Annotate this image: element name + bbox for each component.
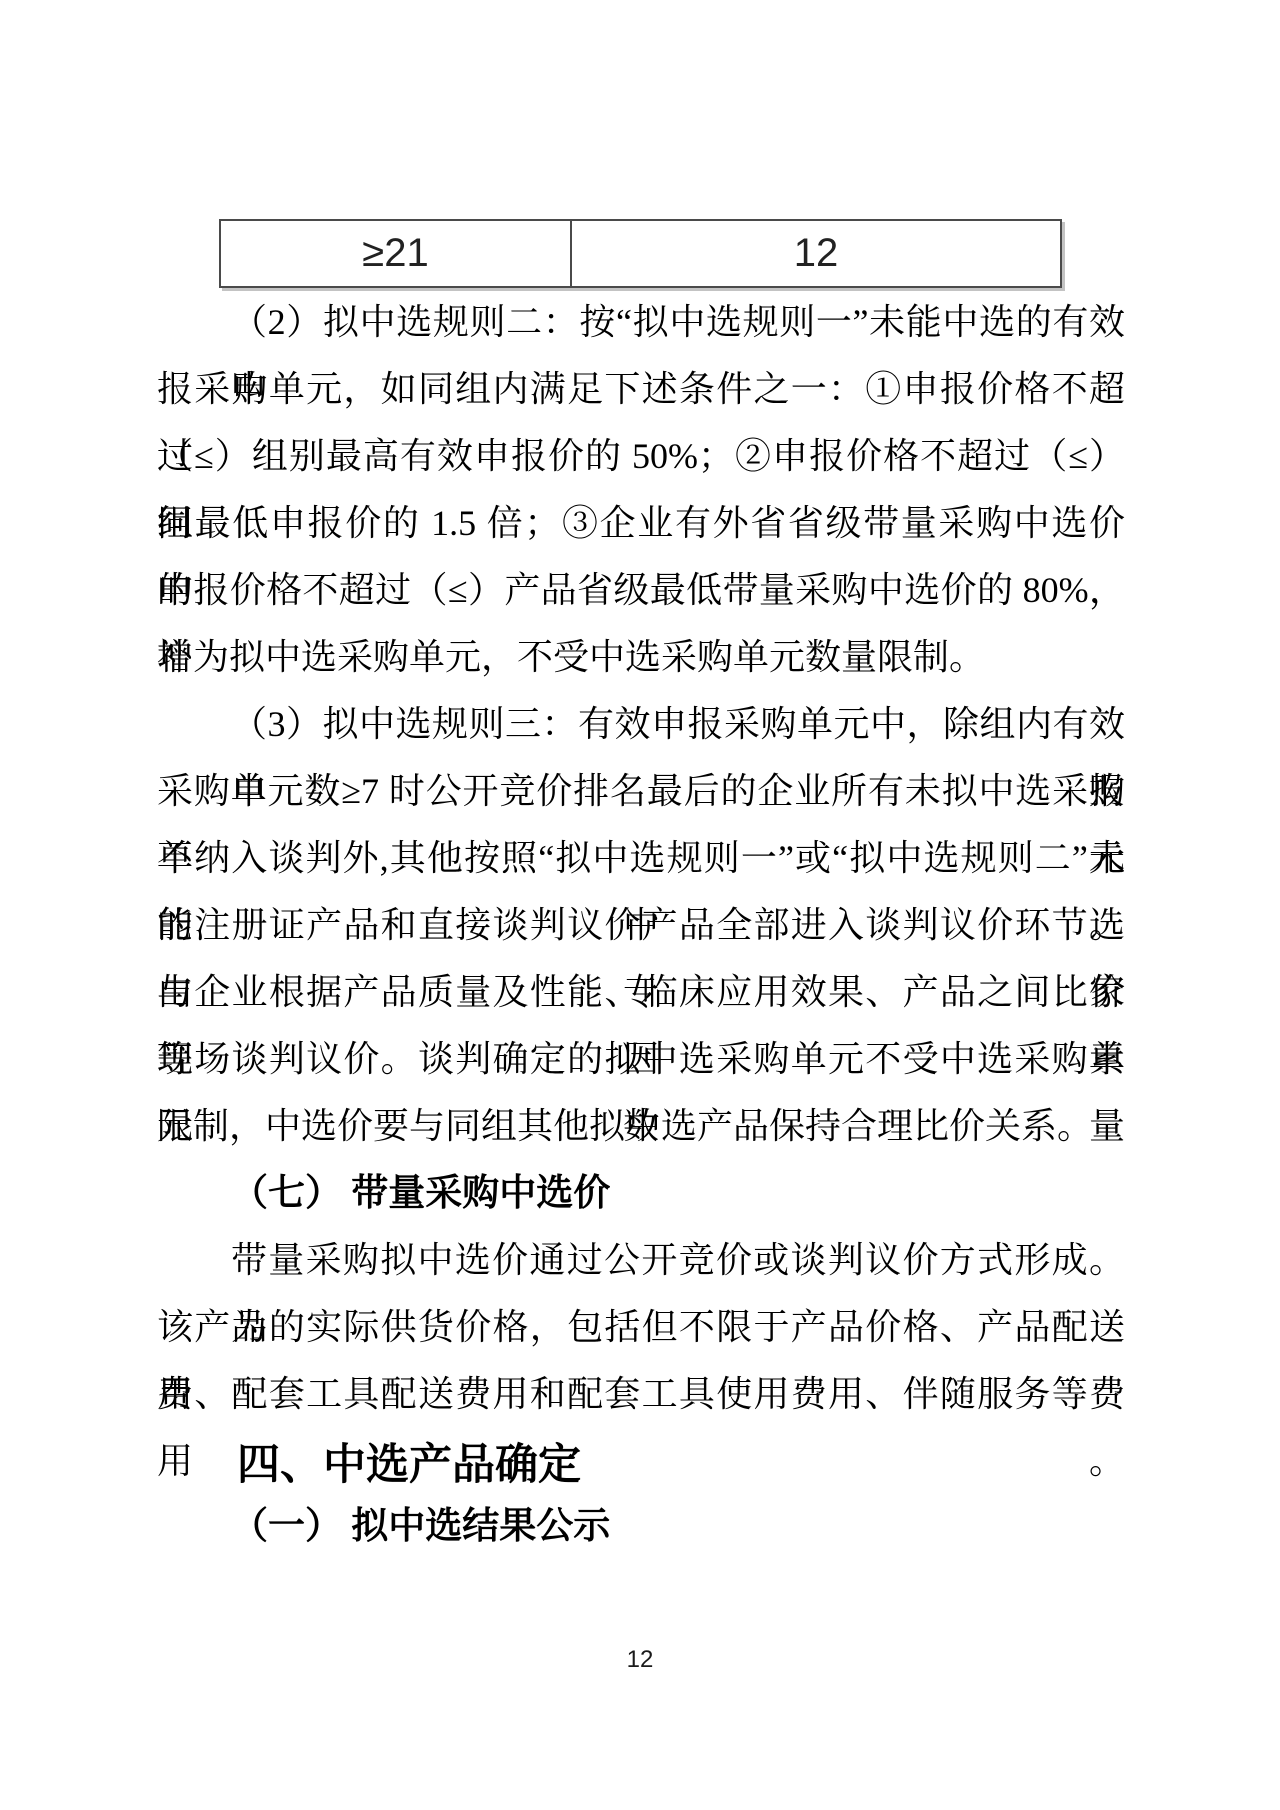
text-line: （3）拟中选规则三：有效申报采购单元中，除组内有效申报 [157, 691, 1125, 758]
paragraph-rule3: （3）拟中选规则三：有效申报采购单元中，除组内有效申报 采购单元数≥7 时公开竞… [157, 691, 1125, 1160]
text-line: （≤）组别最高有效申报价的 50%；②申报价格不超过（≤）同 [157, 423, 1125, 490]
heading-section-seven: （七） 带量采购中选价 [157, 1160, 1125, 1227]
text-line: 报采购单元，如同组内满足下述条件之一：①申报价格不超过 [157, 356, 1125, 423]
text-line: 申报价格不超过（≤）产品省级最低带量采购中选价的 80%，增 [157, 557, 1125, 624]
heading-chapter-four: 四、中选产品确定 [157, 1434, 1125, 1496]
text-line: （2）拟中选规则二：按“拟中选规则一”未能中选的有效申 [157, 289, 1125, 356]
table-cell-max-winners: 12 [572, 221, 1060, 286]
table-cell-group-size: ≥21 [221, 221, 572, 286]
document-page: ≥21 12 （2）拟中选规则二：按“拟中选规则一”未能中选的有效申 报采购单元… [0, 0, 1280, 1810]
text-line: 现场谈判议价。谈判确定的拟中选采购单元不受中选采购单元数量 [157, 1026, 1125, 1093]
text-line: 用、配套工具配送费用和配套工具使用费用、伴随服务等费用。 [157, 1361, 1125, 1428]
paragraph-rule2: （2）拟中选规则二：按“拟中选规则一”未能中选的有效申 报采购单元，如同组内满足… [157, 289, 1125, 691]
text-line: 补为拟中选采购单元，不受中选采购单元数量限制。 [157, 624, 1125, 691]
text-line: 采购单元数≥7 时公开竞价排名最后的企业所有未拟中选采购单元 [157, 758, 1125, 825]
paragraph-price: 带量采购拟中选价通过公开竞价或谈判议价方式形成。为 该产品的实际供货价格，包括但… [157, 1227, 1125, 1428]
text-line: 限制，中选价要与同组其他拟中选产品保持合理比价关系。 [157, 1093, 1125, 1160]
text-line: 的注册证产品和直接谈判议价产品全部进入谈判议价环节。由专家 [157, 892, 1125, 959]
text-line: 该产品的实际供货价格，包括但不限于产品价格、产品配送费 [157, 1294, 1125, 1361]
heading-subsection-one: （一） 拟中选结果公示 [157, 1493, 1125, 1560]
text-line: 与企业根据产品质量及性能、临床应用效果、产品之间比价等因素 [157, 959, 1125, 1026]
data-table: ≥21 12 [219, 219, 1062, 288]
text-line: 带量采购拟中选价通过公开竞价或谈判议价方式形成。为 [157, 1227, 1125, 1294]
text-line: 不纳入谈判外,其他按照“拟中选规则一”或“拟中选规则二”未能中选 [157, 825, 1125, 892]
page-number: 12 [0, 1646, 1280, 1674]
text-line: 组最低申报价的 1.5 倍；③企业有外省省级带量采购中选价的， [157, 490, 1125, 557]
